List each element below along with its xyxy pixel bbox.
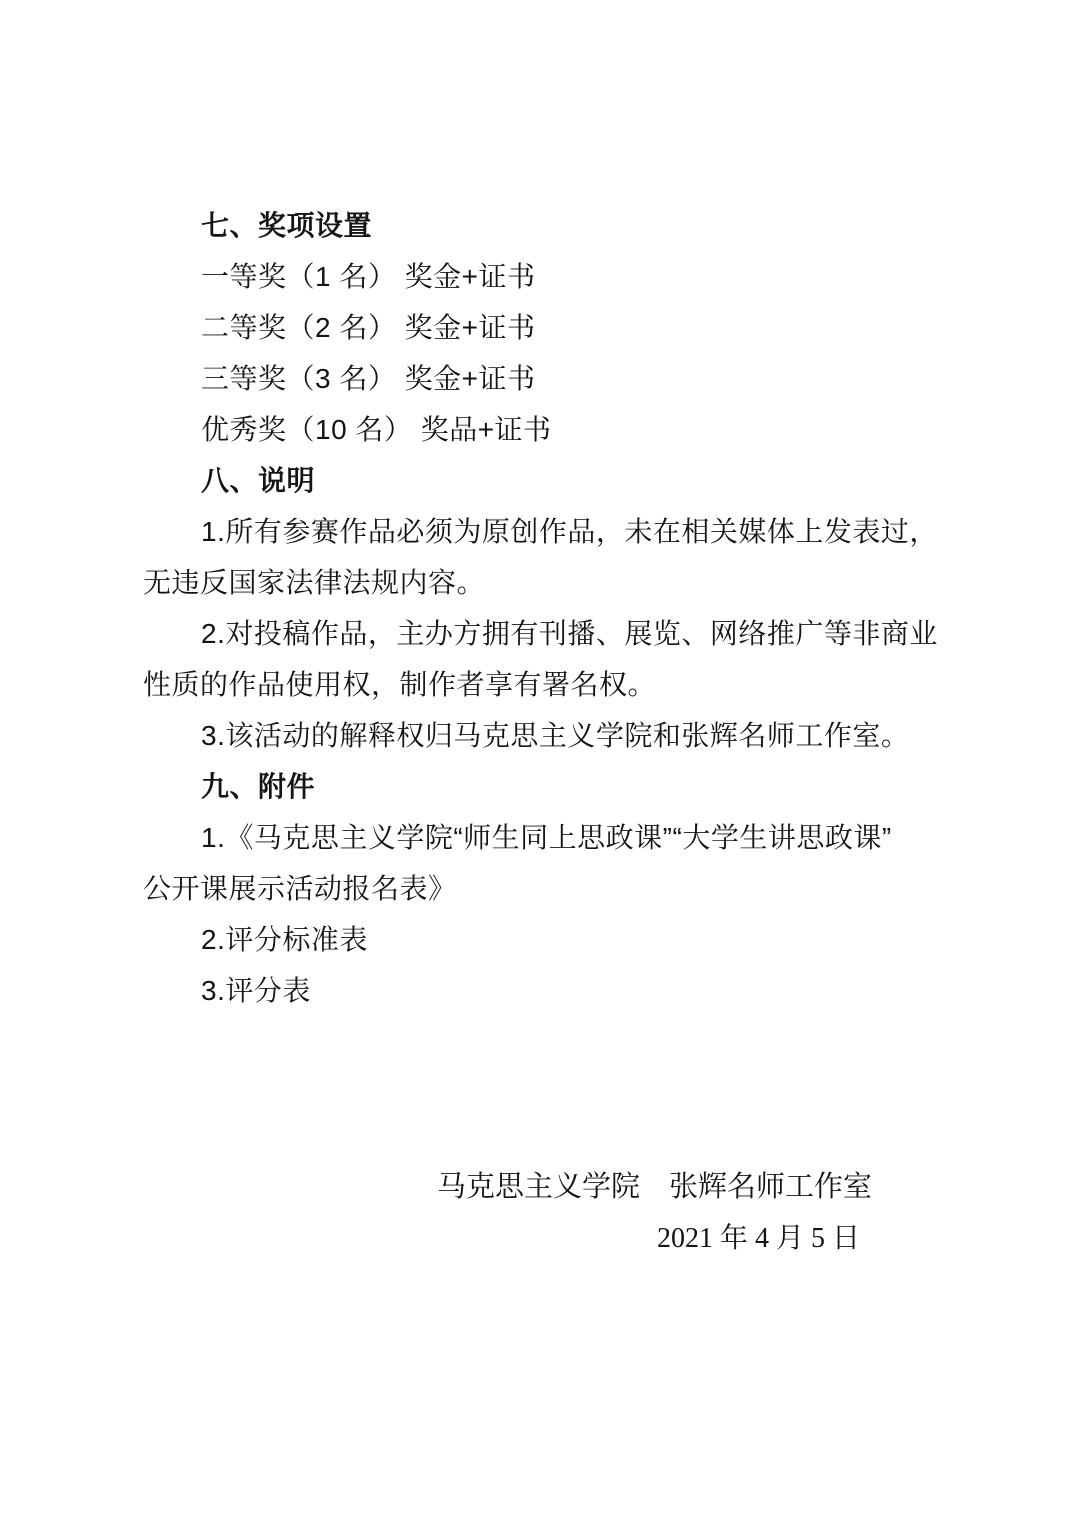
text-line: 无违反国家法律法规内容。 xyxy=(143,557,945,608)
text-line: 二等奖（2 名） 奖金+证书 xyxy=(143,302,945,353)
text-line: 优秀奖（10 名） 奖品+证书 xyxy=(143,404,945,455)
text-line: 3.该活动的解释权归马克思主义学院和张辉名师工作室。 xyxy=(143,710,945,761)
text-line: 八、说明 xyxy=(143,455,945,506)
text-line: 三等奖（3 名） 奖金+证书 xyxy=(143,353,945,404)
paragraph: 1.《马克思主义学院“师生同上思政课”“大学生讲思政课”公开课展示活动报名表》 xyxy=(143,812,945,914)
paragraph: 2.评分标准表 xyxy=(143,914,945,965)
text-line: 1.所有参赛作品必须为原创作品，未在相关媒体上发表过， xyxy=(143,506,945,557)
paragraph: 优秀奖（10 名） 奖品+证书 xyxy=(143,404,945,455)
section-heading: 九、附件 xyxy=(143,761,945,812)
text-line: 2.对投稿作品，主办方拥有刊播、展览、网络推广等非商业 xyxy=(143,608,945,659)
text-line: 一等奖（1 名） 奖金+证书 xyxy=(143,251,945,302)
paragraph: 1.所有参赛作品必须为原创作品，未在相关媒体上发表过，无违反国家法律法规内容。 xyxy=(143,506,945,608)
text-line: 1.《马克思主义学院“师生同上思政课”“大学生讲思政课” xyxy=(143,812,945,863)
text-line: 2.评分标准表 xyxy=(143,914,945,965)
signature-date-line: 2021 年 4 月 5 日 xyxy=(437,1213,860,1264)
signature-block: 马克思主义学院 张辉名师工作室 2021 年 4 月 5 日 xyxy=(437,1162,872,1264)
document-page: 七、奖项设置一等奖（1 名） 奖金+证书二等奖（2 名） 奖金+证书三等奖（3 … xyxy=(0,0,1080,1527)
document-body: 七、奖项设置一等奖（1 名） 奖金+证书二等奖（2 名） 奖金+证书三等奖（3 … xyxy=(143,200,945,1016)
text-line: 性质的作品使用权，制作者享有署名权。 xyxy=(143,659,945,710)
paragraph: 3.评分表 xyxy=(143,965,945,1016)
text-line: 七、奖项设置 xyxy=(143,200,945,251)
paragraph: 2.对投稿作品，主办方拥有刊播、展览、网络推广等非商业性质的作品使用权，制作者享… xyxy=(143,608,945,710)
signature-org-line: 马克思主义学院 张辉名师工作室 xyxy=(437,1162,872,1213)
text-line: 3.评分表 xyxy=(143,965,945,1016)
text-line: 公开课展示活动报名表》 xyxy=(143,863,945,914)
text-line: 九、附件 xyxy=(143,761,945,812)
paragraph: 一等奖（1 名） 奖金+证书 xyxy=(143,251,945,302)
paragraph: 三等奖（3 名） 奖金+证书 xyxy=(143,353,945,404)
section-heading: 七、奖项设置 xyxy=(143,200,945,251)
paragraph: 3.该活动的解释权归马克思主义学院和张辉名师工作室。 xyxy=(143,710,945,761)
section-heading: 八、说明 xyxy=(143,455,945,506)
paragraph: 二等奖（2 名） 奖金+证书 xyxy=(143,302,945,353)
